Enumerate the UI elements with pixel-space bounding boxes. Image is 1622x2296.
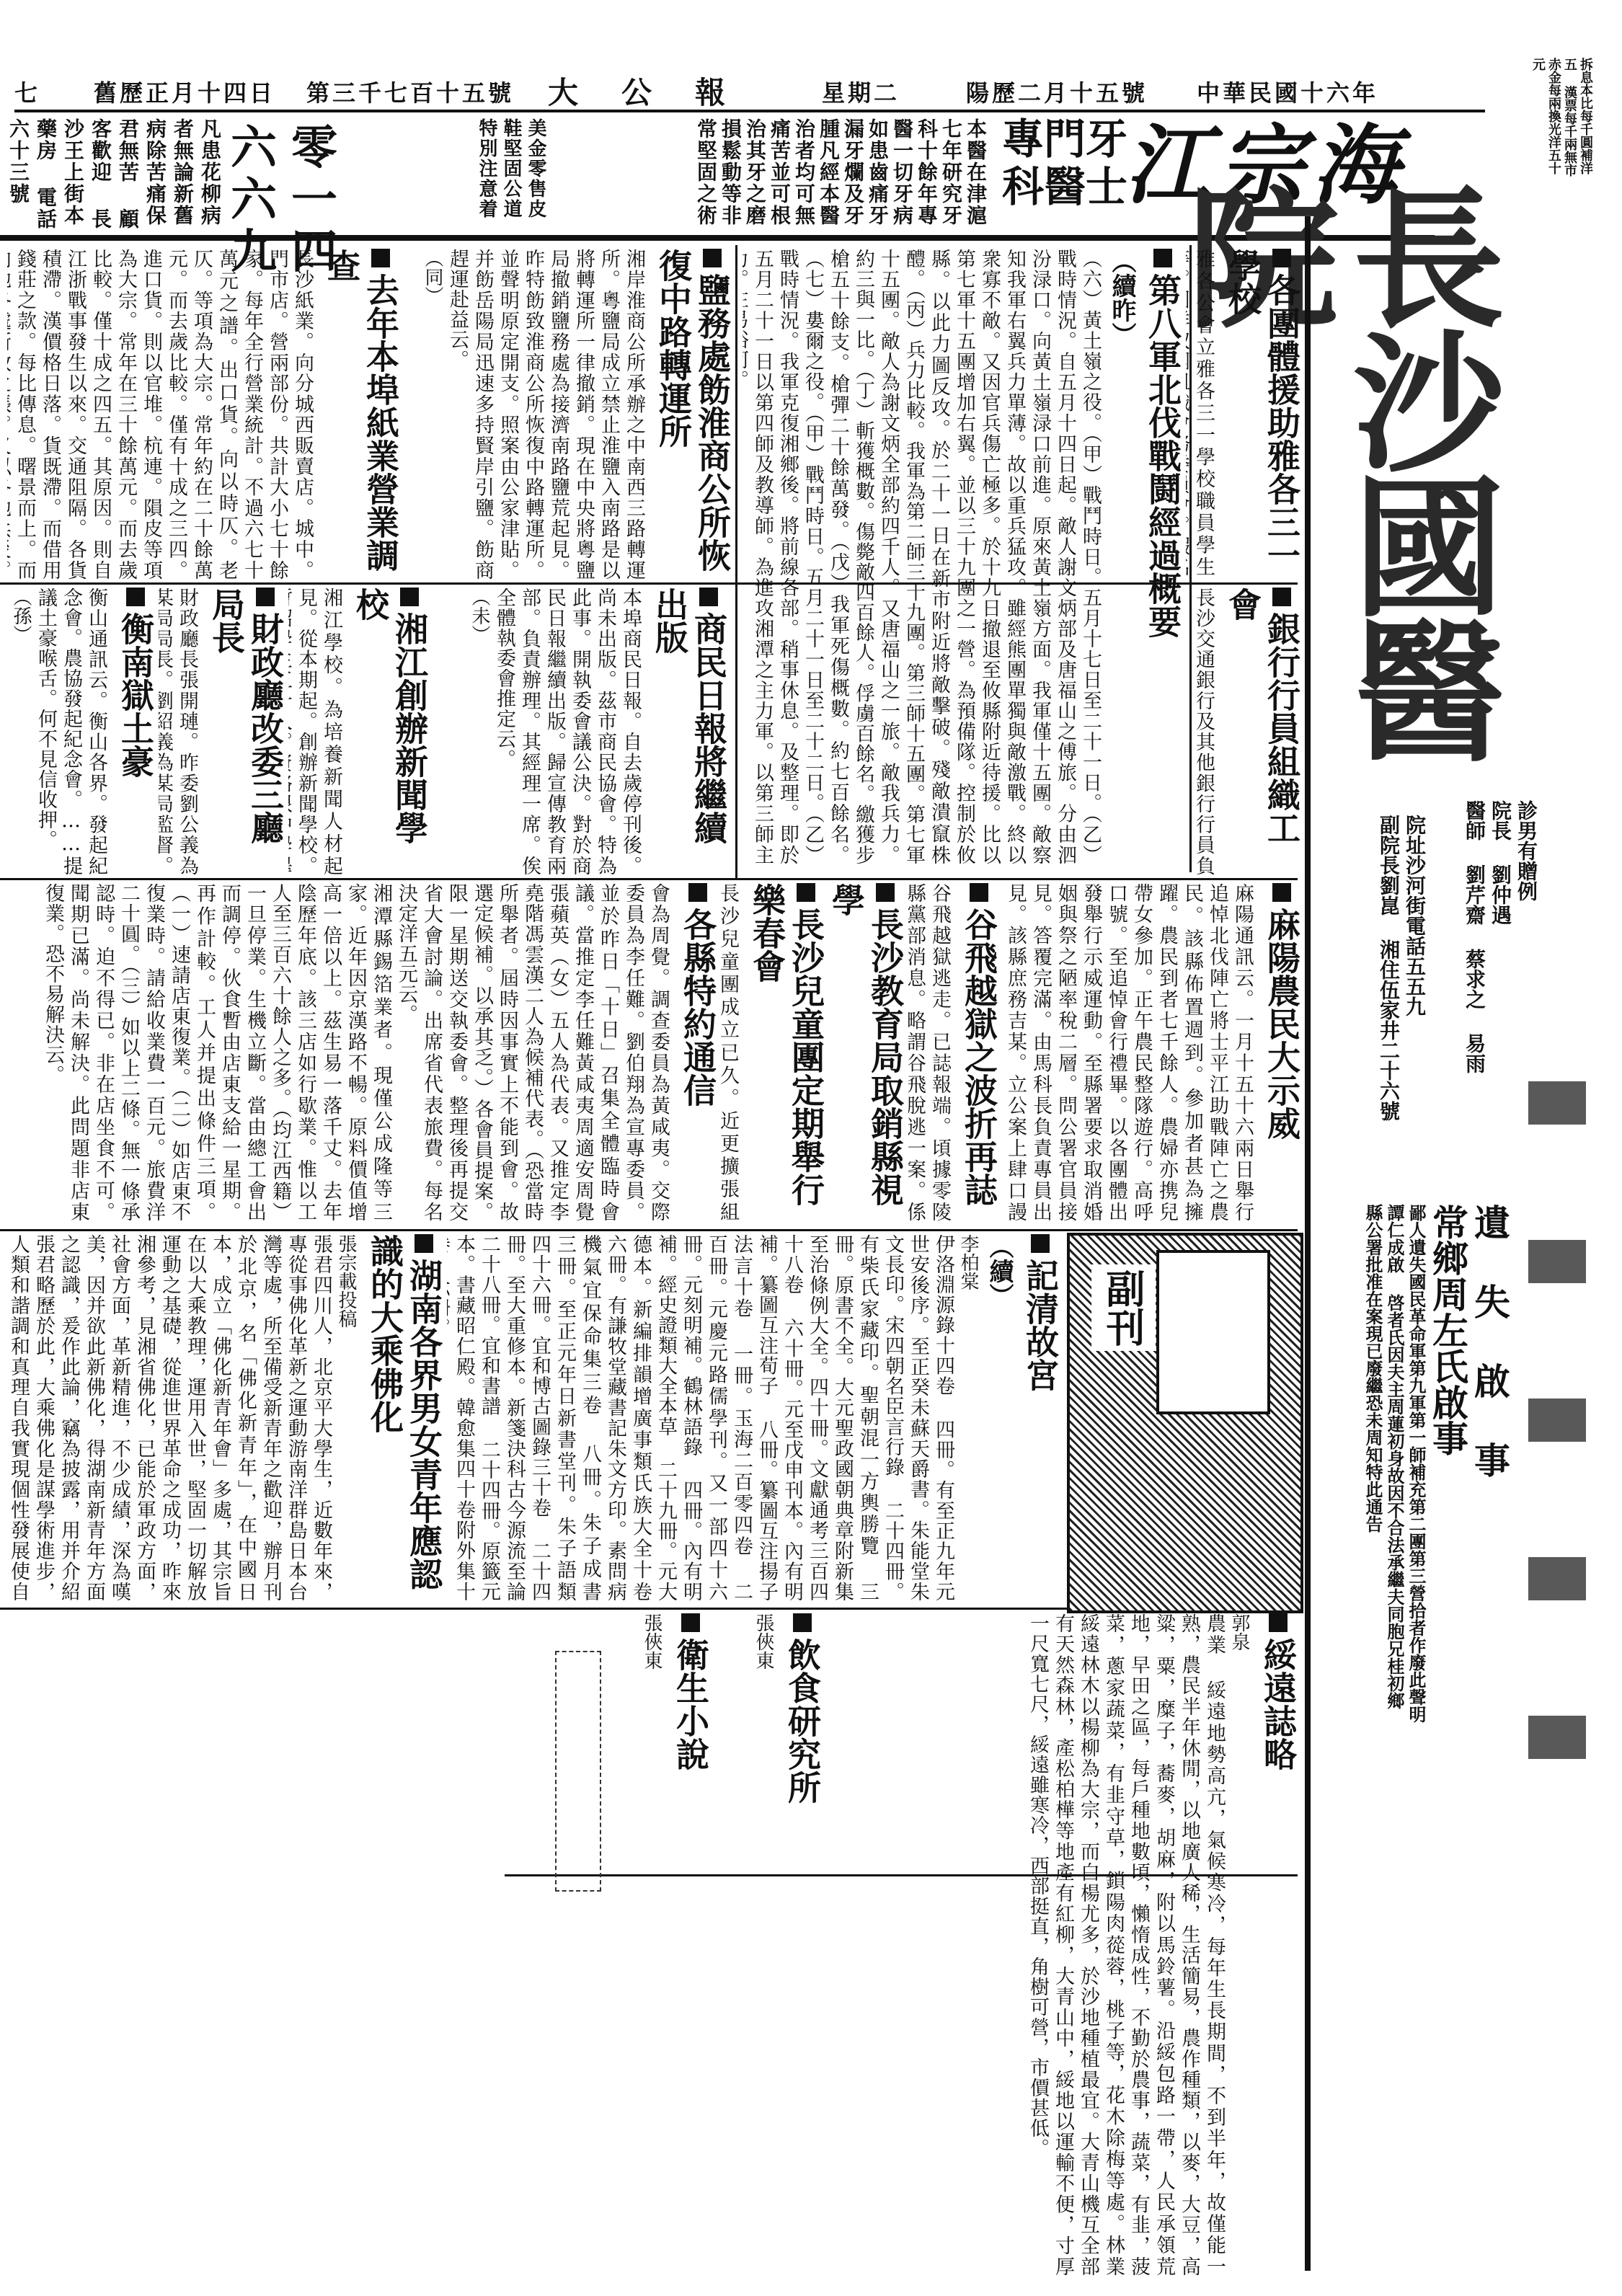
article-mahayana: 湖南各界男女青年應認識的大乘佛化 張宗載投稿 張君四川人，北京平大學生，近數年來… [7,1234,443,1602]
right-column-rule [1305,216,1311,2271]
headline-sub: （續） [985,1234,1014,1602]
article-merchants-daily: 商民日報將繼續出版 本埠商民日報。自去歲停刊後。尚未出版。茲市商民協會。特為此事… [433,588,728,876]
article-body: 長沙兒童團成立已久。近更擴張組織。各平民學校成立分團部者。已達二十餘處發展組織。… [721,883,740,1222]
headline: 谷飛越獄之波折再誌 [960,883,998,1222]
article-body: 長沙交通銀行及其他銀行行員負責人。團結一致起見。特發起組織湖南全省銀行行員工會。… [1197,588,1216,876]
article-body: 長沙紙業。向分城西販賣店。城中。門市店。營兩部份。共計大小七十餘家。每年全行營業… [7,249,315,580]
article-body: 湘江學校。為培養新聞人材起見。從本期起。創辦新聞學校。暫招學生五十人。資格限中學… [288,588,344,876]
article-delegates: 各縣特約通信 會為周覺。調查委員為黃咸夷。交際委員為李任難。劉伯翔為宣專委員。並… [7,883,717,1222]
author: 張俠東 [639,1613,664,2277]
clinic-doctors: 醫師 劉芹齋 蔡求之 易雨 [1461,800,1487,1110]
article-sign: （同） [420,249,445,580]
article-edu-bureau: 長沙教育局取銷縣視學 長沙教育局。以縣屬鎮鄉學校。原設有縣視學員六人。茲為節省經… [829,883,905,1222]
headline: 湘江創辦新聞學校 [351,588,429,876]
article-body: 財政廳長張開璉。昨委劉公義為某局局長。劉紹義為某局監督。業經呈奉…… [159,588,200,876]
headline: 綏遠誌略 [1259,1613,1298,2277]
weekday: 星期二 [822,75,900,108]
row3-rule [0,1229,1298,1231]
goods-ad: 美金零售皮鞋堅固公道 特別注意着 [389,118,548,234]
author: 郭泉 [1227,1613,1251,2277]
col-rule-a [735,245,737,879]
article-body: 麻陽通訊云。一月十五十六兩日舉行追悼北伐陣亡將士平江助戰陣亡之農民。該縣佈置週到… [1002,883,1255,1222]
masthead: 七 舊歷正月十四日 第三千七百十五號 大公報 星期二 陽歷二月十五號 中華民國十… [0,66,1521,110]
clinic-director: 院長 劉仲遇 [1487,800,1513,1110]
headline: 記清故宮 [1021,1234,1060,1602]
clinic-address: 院址沙河街電話五五九 副院長劉崑 湘住伍家井二十六號 [1341,815,1427,1132]
lost-notice-body: 鄙人遺失國民革命軍第九軍第一師補充第二團第三營拾者作廢此聲明 譚仁成啟 啓者氏因… [1362,1204,1427,1723]
lunar-date: 舊歷正月十四日 [94,75,275,108]
article-body: （六）黃土嶺之役。（甲）戰鬥時日。五月十七日至二十一日。（乙）戰時情況。自五月十… [743,249,1103,865]
article-eighth-army: 第八軍北伐戰鬪經過概要 （續昨） （六）黃土嶺之役。（甲）戰鬥時日。五月十七日至… [743,249,1182,865]
article-malyang: 麻陽農民大示威 麻陽通訊云。一月十五十六兩日舉行追悼北伐陣亡將士平江助戰陣亡之農… [1002,883,1301,1222]
article-salt-office: 鹽務處飭淮商公所恢復中路轉運所 湘岸淮商公所承辦之中南西三路轉運所。粵鹽局成立禁… [404,249,732,580]
article-body: 雅各公會立雅各三一學校職員學生等。因洋奴團組織會務委員會。假名接辦學校。暗地效忠… [1186,249,1216,577]
headline: 第八軍北伐戰鬪經過概要 [1143,249,1182,865]
author: 張宗載投稿 [334,1234,358,1602]
lost-notice-subtitle: 常鄉周左氏啟事 [1427,1204,1468,1723]
headline: 去年本埠紙業營業調查 [322,249,400,580]
solar-date: 陽歷二月十五號 [966,75,1148,108]
article-gufei: 谷飛越獄之波折再誌 谷飛越獄逃走。已誌報端。頃據零陵縣黨部消息。略謂谷飛脫逃一案… [908,883,998,1222]
article-journalism-school: 湘江創辦新聞學校 湘江學校。為培養新聞人材起見。從本期起。創辦新聞學校。暫招學生… [288,588,429,876]
illustration-window [1156,1250,1270,1414]
headline: 飲食研究所 [783,1613,822,1887]
article-hengshan: 衡南獄土豪 衡山通訊云。衡山各界。發起紀念會。農協發起紀念會。……提議土豪喉舌。… [7,588,155,876]
headline: 商民日報將繼續出版 [650,588,728,876]
lost-notice: 遺失啟事 常鄉周左氏啟事 鄙人遺失國民革命軍第九軍第一師補充第二團第三營拾者作廢… [1316,1204,1510,1723]
article-body: 農業 綏遠地勢高亢，氣候寒冷，每年生長期間，不到半年，故僅能一熟，農民半年休閒，… [1025,1613,1227,2277]
clinic-title: 診男有贈例 [1513,800,1539,1110]
headline: 衛生小說 [671,1613,710,2277]
issue-number: 第三千七百十五號 [306,75,514,108]
supplement-illustration: 副刊 [1067,1233,1303,1613]
article-palace: 記清故宮 （續） 李柏棠 伊洛淵源錄十四卷 四冊。有至正九年元世安後序。至正癸未… [447,1234,1060,1602]
headline: 銀行行員組織工會 [1223,588,1301,876]
article-finance-bureau: 財政廳改委三廳局長 財政廳長張開璉。昨委劉公義為某局局長。劉紹義為某局監督。業經… [159,588,285,876]
headline: 長沙兒童團定期舉行樂春會 [748,883,825,1222]
headline: 湖南各界男女青年應認識的大乘佛化 [365,1234,443,1602]
headline: 各縣特約通信 [678,883,717,1222]
clinic-info: 診男有贈例 院長 劉仲遇 醫師 劉芹齋 蔡求之 易雨 [1431,800,1539,1110]
article-body: 本埠商民日報。自去歲停刊後。尚未出版。茲市商民協會。特為此事。開執委會議公決。對… [492,588,643,876]
clinic-banner: 長沙國醫院 [1326,180,1499,829]
article-bank-union: 銀行行員組織工會 長沙交通銀行及其他銀行行員負責人。團結一致起見。特發起組織湖南… [1197,588,1301,876]
article-body: 伊洛淵源錄十四卷 四冊。有至正九年元世安後序。至正癸未蘇天爵書。朱能堂朱文長印。… [447,1234,956,1602]
dental-ad-body: 本醫在津滬七年研究牙科十餘年專醫一切牙病如患齒痛牙漏牙爛及牙腫凡經本醫治者均可無… [577,118,988,234]
article-body: 張君四川人，北京平大學生，近數年來，專從事佛化革新之運動游南洋群島日本台灣等處，… [7,1234,334,1602]
article-sign: （孫） [9,588,33,876]
lost-notice-title: 遺失啟事 [1468,1204,1510,1723]
masthead-rule [14,110,1485,112]
article-student-aid: 各團體援助雅各三一學校 雅各公會立雅各三一學校職員學生等。因洋奴團組織會務委員會… [1186,249,1301,577]
phone-ad-body: 凡患花柳病者無論新舊病除苦痛保君無苦 顧客歡迎 長沙王上街本藥房 電話六十三號 [0,118,223,234]
article-diet: 綏遠誌略 郭泉 農業 綏遠地勢高亢，氣候寒冷，每年生長期間，不到半年，故僅能一熟… [829,1613,1298,2277]
article-body: 湘岸淮商公所承辦之中南西三路轉運所。粵鹽局成立禁止淮鹽入南路是以將轉運所一律撤銷… [445,249,647,580]
headline: 衡南獄土豪 [116,588,155,876]
article-body: 衡山通訊云。衡山各界。發起紀念會。農協發起紀念會。……提議土豪喉舌。何不見信收押… [33,588,109,876]
article-children-corps: 長沙兒童團定期舉行樂春會 長沙兒童團成立已久。近更擴張組織。各平民學校成立分團部… [721,883,825,1222]
headline: 麻陽農民大示威 [1262,883,1301,1222]
headline: 財政廳改委三廳局長 [207,588,285,876]
author: 張俠東 [751,1613,776,1887]
subscription-notice: 拆息本比每千圓補洋五 漢票每千兩無市 赤金每兩換光洋五十元 [1507,58,1593,180]
article-sign: （未） [467,588,492,876]
article-body: 谷飛越獄逃走。已誌報端。頃據零陵縣黨部消息。略謂谷飛脫逃一案。係桂陽檢察官向日。… [908,883,952,1222]
article-hygiene-story: 飲食研究所 張俠東 [714,1613,822,1887]
page-number: 七 [14,75,40,108]
headline: 長沙教育局取銷縣視學 [829,883,905,1222]
row2-rule [0,878,1298,880]
illustration-caption: 副刊 [1091,1264,1156,1351]
banner-fragments [1528,1081,1586,1874]
headline-sub: （續昨） [1107,249,1136,865]
article-paper-trade: 去年本埠紙業營業調查 長沙紙業。向分城西販賣店。城中。門市店。營兩部份。共計大小… [7,249,400,580]
article-suiyuan: 衛生小說 張俠東 [7,1613,710,2277]
year: 中華民國十六年 [1197,75,1378,108]
workers-union-body: 湘潭縣錫箔業者。現僅公成隆等三家。近年因京漢路不暢。原料價值增高一倍以上。茲生易… [40,883,394,1222]
headline: 各團體援助雅各三一學校 [1223,249,1301,577]
paper-name: 大公報 [548,69,768,112]
article-body: 會為周覺。調查委員為黃咸夷。交際委員為李任難。劉伯翔為宣專委員。並於昨日「十日」… [394,883,671,1222]
subscription-text: 拆息本比每千圓補洋五 漢票每千兩無市 赤金每兩換光洋五十元 [1530,58,1593,177]
author: 李柏棠 [956,1234,980,1602]
headline: 鹽務處飭淮商公所恢復中路轉運所 [654,249,732,580]
